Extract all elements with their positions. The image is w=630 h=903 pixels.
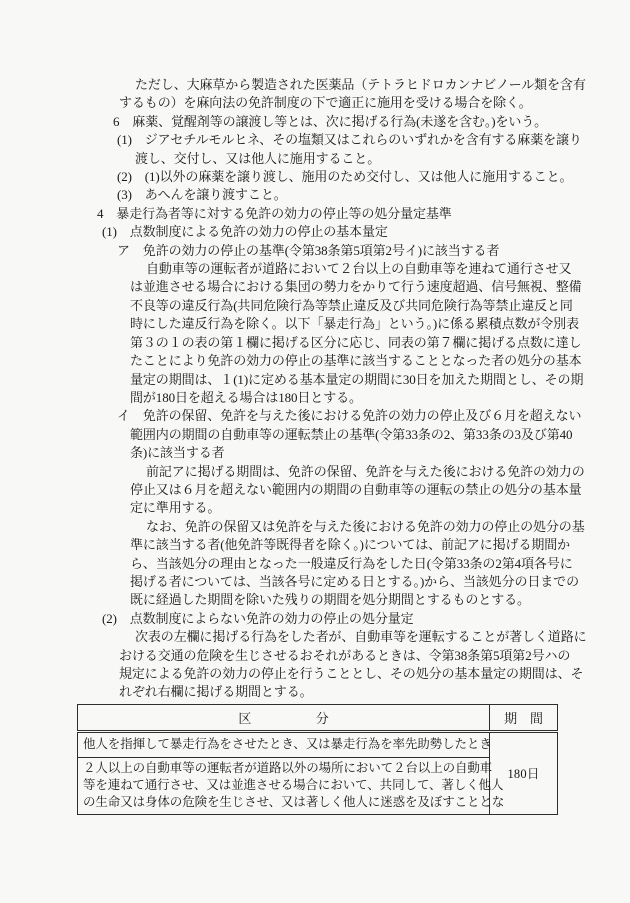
text-line: 自動車等の運転者が道路において２台以上の自動車等を連ねて通行させ又 <box>0 260 630 278</box>
text-line: (2) (1)以外の麻薬を譲り渡し、施用のため交付し、又は他人に施用すること。 <box>0 168 630 186</box>
text-line: なお、免許の保留又は免許を与えた後における免許の効力の停止の処分の基 <box>0 518 630 536</box>
table-cell-category: 他人を指揮して暴走行為をさせたとき、又は暴走行為を率先助勢したとき <box>78 732 490 758</box>
table-row: 他人を指揮して暴走行為をさせたとき、又は暴走行為を率先助勢したとき 180日 <box>78 732 558 758</box>
text-line: 第３の１の表の第１欄に掲げる区分に応じ、同表の第７欄に掲げる点数に達し <box>0 334 630 352</box>
text-line: 準に該当する者(他免許等既得者を除く。)については、前記アに掲げる期間か <box>0 536 630 554</box>
text-line: おける交通の危険を生じさせるおそれがあるときは、令第38条第5項第2号ハの <box>0 647 630 665</box>
text-line: (1) 点数制度による免許の効力の停止の基本量定 <box>0 223 630 241</box>
text-line: ア 免許の効力の停止の基準(令第38条第5項第2号イ)に該当する者 <box>0 242 630 260</box>
text-line: たことにより免許の効力の停止の基準に該当することとなった者の処分の基本 <box>0 352 630 370</box>
text-line: 定に準用する。 <box>0 499 630 517</box>
table-header-period: 期 間 <box>490 705 558 732</box>
text-line: 次表の左欄に掲げる行為をした者が、自動車等を運転することが著しく道路に <box>0 628 630 646</box>
text-line: するもの）を麻向法の免許制度の下で適正に施用を受ける場合を除く。 <box>0 94 630 112</box>
text-line: 量定の期間は、１(1)に定める基本量定の期間に30日を加えた期間とし、その期 <box>0 371 630 389</box>
table-cell-line: の生命又は身体の危険を生じさせ、又は著しく他人に迷惑を及ぼすこととな <box>83 794 484 811</box>
text-line: 間が180日を超える場合は180日とする。 <box>0 389 630 407</box>
text-line: 規定による免許の効力の停止を行うこととし、その処分の基本量定の期間は、そ <box>0 665 630 683</box>
text-line: れぞれ右欄に掲げる期間とする。 <box>0 683 630 701</box>
table-cell-line: 他人を指揮して暴走行為をさせたとき、又は暴走行為を率先助勢したとき <box>83 736 484 753</box>
text-line: 条)に該当する者 <box>0 444 630 462</box>
text-line: 既に経過した期間を除いた残りの期間を処分期間とするものとする。 <box>0 591 630 609</box>
text-line: ら、当該処分の理由となった一般違反行為をした日(令第33条の2第4項各号に <box>0 555 630 573</box>
text-line: イ 免許の保留、免許を与えた後における免許の効力の停止及び６月を超えない <box>0 407 630 425</box>
text-line: 4 暴走行為者等に対する免許の効力の停止等の処分量定基準 <box>0 205 630 223</box>
document-page: ただし、大麻草から製造された医薬品（テトラヒドロカンナビノール類を含有するもの）… <box>0 0 630 903</box>
text-line: は並進させる場合における集団の勢力をかりて行う速度超過、信号無視、整備 <box>0 278 630 296</box>
text-line: ただし、大麻草から製造された医薬品（テトラヒドロカンナビノール類を含有 <box>0 76 630 94</box>
table-header-category: 区 分 <box>78 705 490 732</box>
table-cell-line: ２人以上の自動車等の運転者が道路以外の場所において２台以上の自動車 <box>83 760 484 777</box>
text-line: 範囲内の期間の自動車等の運転禁止の基準(令第33条の2、第33条の3及び第40 <box>0 426 630 444</box>
text-line: 不良等の違反行為(共同危険行為等禁止違反及び共同危険行為等禁止違反と同 <box>0 297 630 315</box>
text-line: 前記アに掲げる期間は、免許の保留、免許を与えた後における免許の効力の <box>0 463 630 481</box>
table-cell-line: 等を連ねて通行させ、又は並進させる場合において、共同して、著しく他人 <box>83 777 484 794</box>
table-row: ２人以上の自動車等の運転者が道路以外の場所において２台以上の自動車等を連ねて通行… <box>78 758 558 815</box>
table-cell-category: ２人以上の自動車等の運転者が道路以外の場所において２台以上の自動車等を連ねて通行… <box>78 758 490 815</box>
text-line: 時にした違反行為を除く。以下「暴走行為」という。)に係る累積点数が令別表 <box>0 315 630 333</box>
text-line: 掲げる者については、当該各号に定める日とする。)から、当該処分の日までの <box>0 573 630 591</box>
text-line: 6 麻薬、覚醒剤等の譲渡し等とは、次に掲げる行為(未遂を含む。)をいう。 <box>0 113 630 131</box>
text-line: (2) 点数制度によらない免許の効力の停止の処分量定 <box>0 610 630 628</box>
table-header-row: 区 分 期 間 <box>78 705 558 732</box>
text-line: (1) ジアセチルモルヒネ、その塩類又はこれらのいずれかを含有する麻薬を譲り <box>0 131 630 149</box>
document-lines: ただし、大麻草から製造された医薬品（テトラヒドロカンナビノール類を含有するもの）… <box>0 76 630 702</box>
text-line: 停止又は６月を超えない範囲内の期間の自動車等の運転の禁止の処分の基本量 <box>0 481 630 499</box>
text-line: (3) あへんを譲り渡すこと。 <box>0 186 630 204</box>
text-line: 渡し、交付し、又は他人に施用すること。 <box>0 150 630 168</box>
penalty-period-table: 区 分 期 間 他人を指揮して暴走行為をさせたとき、又は暴走行為を率先助勢したと… <box>77 704 558 815</box>
